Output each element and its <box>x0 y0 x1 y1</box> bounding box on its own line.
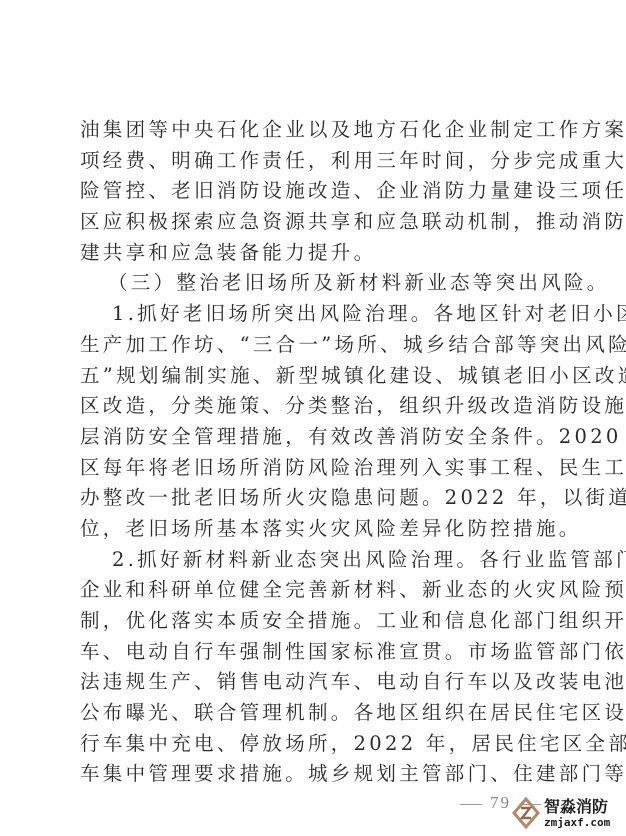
paragraph-first-line: 2.抓好新材料新业态突出风险治理。各行业监管部门及生产 <box>80 545 540 576</box>
text-line: 制，优化落实本质安全措施。工业和信息化部门组织开展电动汽 <box>80 606 540 637</box>
dash-left <box>460 804 482 805</box>
text-line: 层消防安全管理措施，有效改善消防安全条件。2020 年起，各地 <box>80 422 540 453</box>
text-line: 区应积极探索应急资源共享和应急联动机制，推动消防资源的共 <box>80 207 540 238</box>
document-page: 油集团等中央石化企业以及地方石化企业制定工作方案、投入专 项经费、明确工作责任，… <box>0 0 626 836</box>
watermark-url: zmjaxf.com <box>544 817 610 828</box>
section-heading: （三）整治老旧场所及新材料新业态等突出风险。 <box>80 268 540 299</box>
text-line: 区每年将老旧场所消防风险治理列入实事工程、民生工程，每年督 <box>80 453 540 484</box>
page-number-value: 79 <box>490 793 511 812</box>
text-line: 办整改一批老旧场所火灾隐患问题。2022 年，以街道乡镇为单 <box>80 483 540 514</box>
text-line: 生产加工作坊、“三合一”场所、城乡结合部等突出风险，结合“十四 <box>80 330 540 361</box>
text-line: 位，老旧场所基本落实火灾风险差异化防控措施。 <box>80 514 540 545</box>
text-line: 企业和科研单位健全完善新材料、新业态的火灾风险预估预判机 <box>80 575 540 606</box>
paragraph-first-line: 1.抓好老旧场所突出风险治理。各地区针对老旧小区、家庭 <box>80 299 540 330</box>
text-line: 车集中管理要求措施。城乡规划主管部门、住建部门等有关部门 <box>80 759 540 790</box>
text-line: 法违规生产、销售电动汽车、电动自行车以及改装电池行为，建立 <box>80 667 540 698</box>
text-line: 区改造，分类施策、分类整治，组织升级改造消防设施，推动落实基 <box>80 391 540 422</box>
text-line: 油集团等中央石化企业以及地方石化企业制定工作方案、投入专 <box>80 115 540 146</box>
body-text: 油集团等中央石化企业以及地方石化企业制定工作方案、投入专 项经费、明确工作责任，… <box>80 115 540 790</box>
text-line: 项经费、明确工作责任，利用三年时间，分步完成重大消防安全风 <box>80 146 540 177</box>
text-line: 建共享和应急装备能力提升。 <box>80 238 540 269</box>
diamond-z-logo-icon <box>512 797 540 829</box>
text-line: 五”规划编制实施、新型城镇化建设、城镇老旧小区改造、城镇棚户 <box>80 361 540 392</box>
text-line: 公布曝光、联合管理机制。各地区组织在居民住宅区设置电动自 <box>80 698 540 729</box>
watermark-name: 智淼消防 <box>544 799 610 815</box>
text-line: 险管控、老旧消防设施改造、企业消防力量建设三项任务。化工园 <box>80 176 540 207</box>
text-line: 车、电动自行车强制性国家标准宣贯。市场监管部门依法查处违 <box>80 637 540 668</box>
watermark: 智淼消防 zmjaxf.com <box>512 793 624 833</box>
text-line: 行车集中充电、停放场所，2022 年，居民住宅区全部落实电动自行 <box>80 729 540 760</box>
